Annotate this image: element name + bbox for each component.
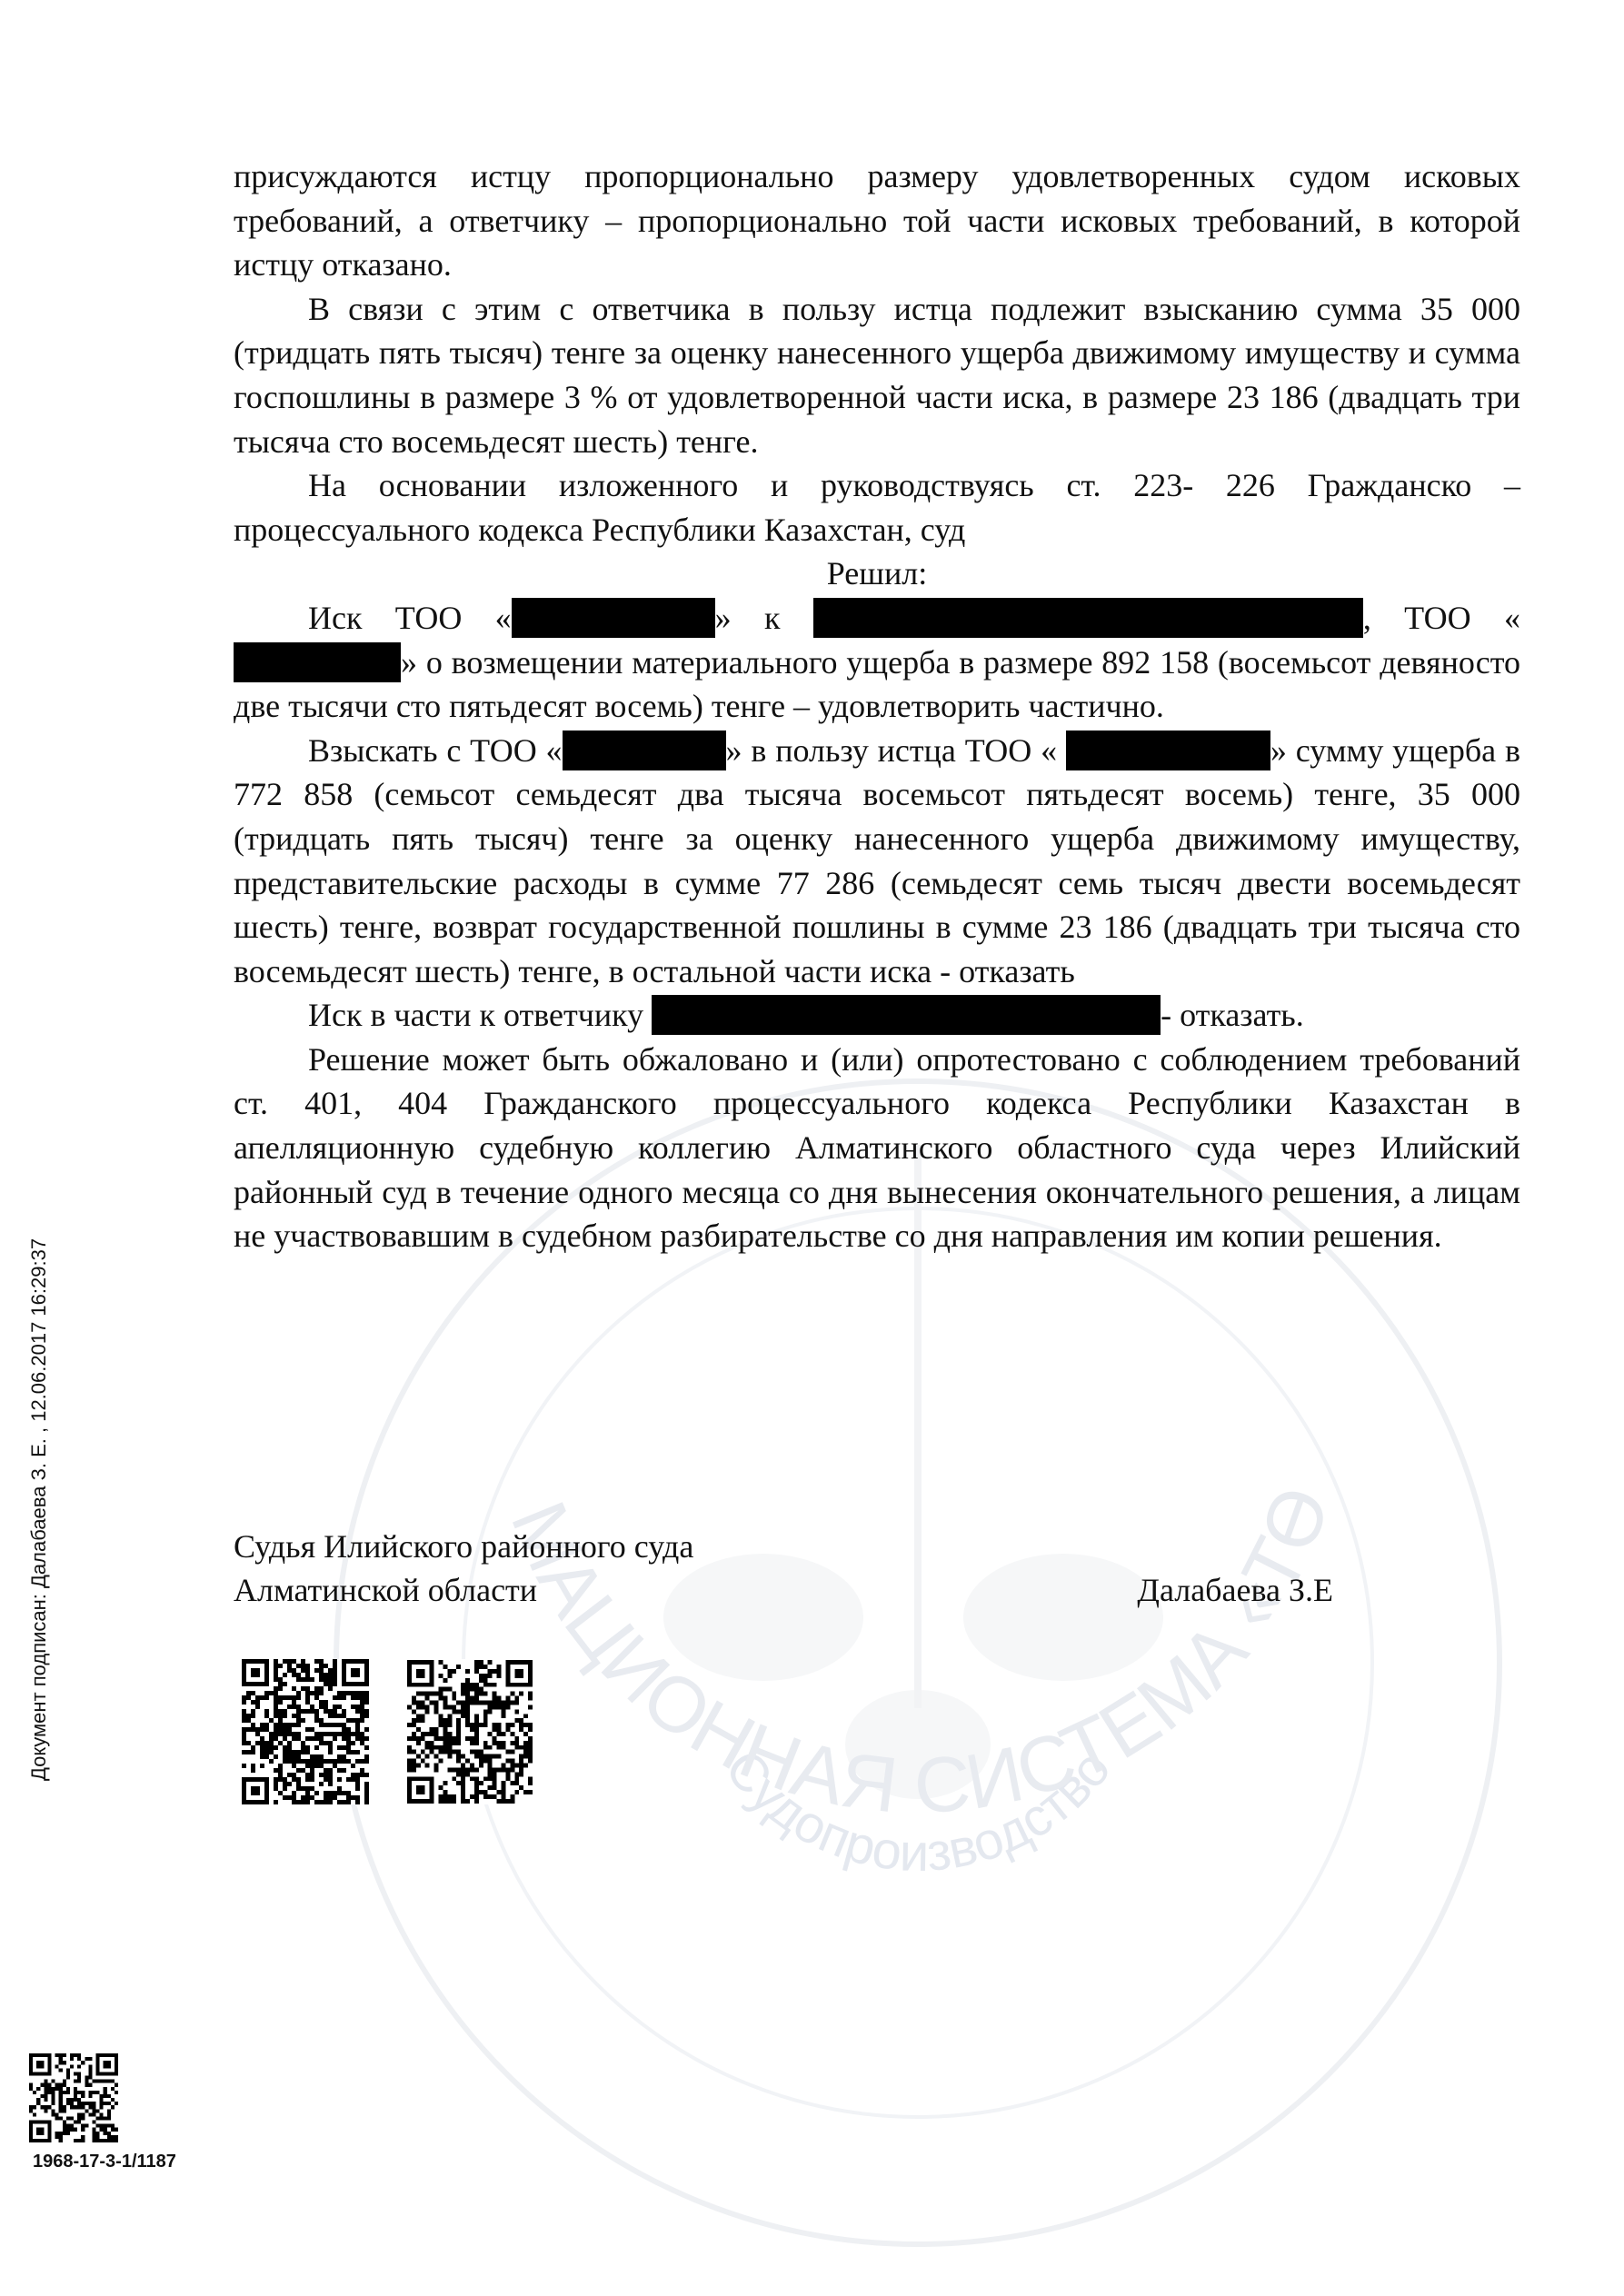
- paragraph-recovery: В связи с этим с ответчика в пользу истц…: [234, 287, 1520, 463]
- paragraph-award: Взыскать с ТОО «» в пользу истца ТОО « »…: [234, 729, 1520, 994]
- redacted-block: [563, 731, 726, 770]
- paragraph-denial: Иск в части к ответчику - отказать.: [234, 993, 1520, 1038]
- redacted-block: [512, 598, 715, 638]
- paragraph-appeal: Решение может быть обжаловано и (или) оп…: [234, 1038, 1520, 1258]
- redacted-block: [1066, 731, 1270, 770]
- redacted-block: [652, 995, 1161, 1035]
- svg-text:Судопроизводство: Судопроизводство: [713, 1739, 1122, 1883]
- qr-code-icon: [242, 1659, 369, 1804]
- judge-name: Далабаева З.Е: [1137, 1568, 1333, 1612]
- judge-title-line1: Судья Илийского районного суда: [234, 1525, 1324, 1568]
- qr-code-icon: [29, 2053, 118, 2142]
- paragraph-basis: На основании изложенного и руководствуяс…: [234, 463, 1520, 552]
- paragraph-claim: Иск ТОО «» к , ТОО «» о возмещении матер…: [234, 596, 1520, 729]
- decision-heading: Решил:: [234, 552, 1520, 596]
- qr-code-icon: [407, 1659, 533, 1804]
- redacted-block: [813, 598, 1363, 638]
- document-body: присуждаются истцу пропорционально разме…: [234, 154, 1520, 1258]
- digital-signature-note: Документ подписан: Далабаева З. Е. , 12.…: [27, 1238, 51, 1781]
- judge-title-line2: Алматинской области: [234, 1568, 537, 1612]
- document-code: 1968-17-3-1/1187: [33, 2152, 176, 2172]
- redacted-block: [234, 642, 401, 682]
- signature-block: Судья Илийского районного суда Алматинск…: [234, 1525, 1324, 1612]
- paragraph-costs: присуждаются истцу пропорционально разме…: [234, 154, 1520, 287]
